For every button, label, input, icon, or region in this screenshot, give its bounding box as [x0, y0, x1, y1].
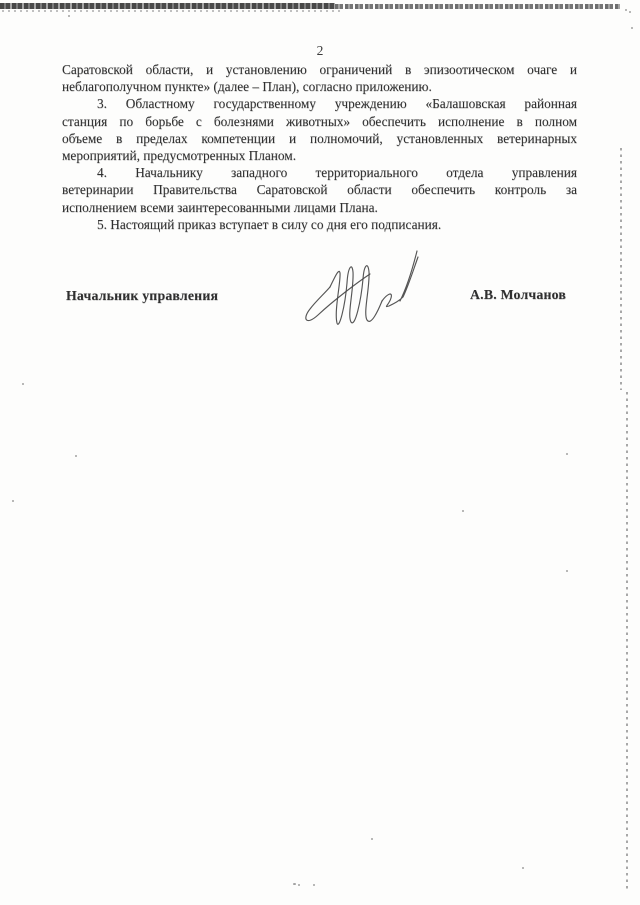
paragraph-line: неблагополучном пункте» (далее – План), … — [62, 78, 577, 95]
paragraph-line: объеме в пределах компетенции и полномоч… — [62, 130, 577, 147]
scan-speck — [298, 884, 300, 886]
paragraph-line: станция по борьбе с болезнями животных» … — [62, 113, 577, 130]
scan-speck — [625, 9, 627, 11]
scan-speck — [629, 11, 631, 13]
scan-speck — [462, 510, 464, 512]
scan-speck — [371, 838, 373, 840]
document-body: Саратовской области, и установлению огра… — [62, 61, 577, 233]
scan-artifact-right-dotted-line — [620, 148, 622, 390]
scan-speck — [522, 867, 524, 869]
paragraph-line: 5. Настоящий приказ вступает в силу со д… — [62, 216, 577, 233]
paragraph-line: Саратовской области, и установлению огра… — [62, 61, 577, 78]
signatory-name: А.В. Молчанов — [470, 287, 566, 303]
page-number: 2 — [0, 43, 640, 59]
scan-speck — [22, 383, 24, 385]
paragraph-line: исполнением всеми заинтересованными лица… — [62, 199, 577, 216]
scan-speck — [293, 883, 296, 885]
handwritten-signature — [300, 249, 425, 341]
scan-artifact-top-dots — [2, 10, 342, 12]
scanned-document-page: 2 Саратовской области, и установлению ог… — [0, 0, 640, 905]
paragraph-line: 3. Областному государственному учреждени… — [62, 95, 577, 112]
scan-artifact-right-dotted-line — [626, 392, 628, 892]
scan-speck — [68, 15, 70, 17]
paragraph-line: мероприятий, предусмотренных Планом. — [62, 147, 577, 164]
scan-speck — [566, 453, 568, 455]
paragraph-line: 4. Начальнику западного территориального… — [62, 164, 577, 181]
paragraph-line: ветеринарии Правительства Саратовской об… — [62, 181, 577, 198]
scan-speck — [313, 884, 315, 886]
scan-artifact-top-band-right — [335, 4, 620, 9]
scan-speck — [75, 455, 77, 457]
scan-speck — [631, 27, 633, 29]
signatory-title: Начальник управления — [66, 288, 218, 304]
scan-artifact-top-band-left — [0, 3, 335, 9]
scan-speck — [12, 500, 14, 502]
scan-speck — [566, 570, 568, 572]
